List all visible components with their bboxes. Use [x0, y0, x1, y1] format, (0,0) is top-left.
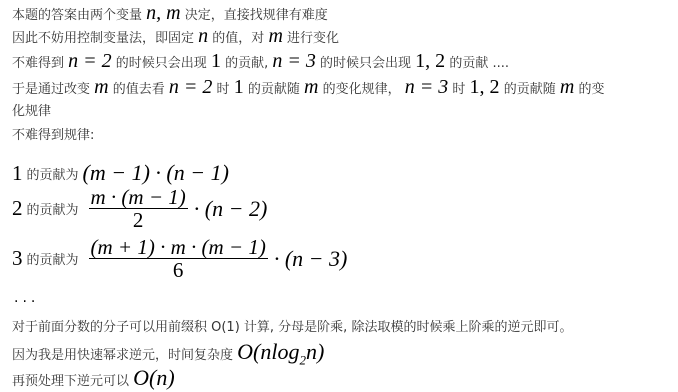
formula-index: 2 — [12, 196, 23, 221]
math-1-2: 1, 2 — [470, 76, 500, 98]
formula-tail: · (n − 3) — [274, 246, 348, 272]
text: 的变化规律， — [323, 82, 401, 97]
formula-contribution-1: 1 的贡献为 (m − 1) · (n − 1) — [12, 160, 229, 186]
math-n-eq-2: n = 2 — [68, 50, 112, 72]
text: 于是通过改变 — [12, 82, 90, 97]
text: 时 — [217, 82, 230, 97]
math-complexity: O(n) — [133, 365, 175, 390]
fraction-denominator: 6 — [171, 259, 186, 281]
math-m: m — [560, 76, 574, 98]
fraction: m · (m − 1) 2 — [89, 186, 188, 231]
math-n: n — [198, 25, 208, 47]
text: 对于前面分数的分子可以用前缀积 O(1) 计算, 分母是阶乘, 除法取模的时候乘… — [12, 320, 572, 335]
paragraph-observation: 不难得到 n = 2 的时候只会出现 1 的贡献, n = 3 的时候只会出现 … — [12, 51, 509, 74]
math-1: 1 — [234, 76, 244, 98]
formula-label: 的贡献为 — [27, 164, 79, 183]
text: 的贡献, — [225, 56, 268, 71]
math-m: m — [268, 25, 282, 47]
fraction-numerator: m · (m − 1) — [89, 186, 188, 208]
formula-index: 1 — [12, 161, 23, 186]
math-n-eq-3: n = 3 — [272, 50, 316, 72]
text: 的贡献随 — [248, 82, 300, 97]
paragraph-intro: 本题的答案由两个变量 n, m 决定，直接找规律有难度 — [12, 3, 328, 26]
text: 的贡献 .... — [449, 56, 509, 71]
math-1-2: 1, 2 — [415, 50, 445, 72]
text: 的时候只会出现 — [116, 56, 207, 71]
math-complexity: O(nlog2n) — [237, 339, 324, 364]
text: 的变 — [578, 82, 604, 97]
fraction-denominator: 2 — [131, 209, 146, 231]
text: 的值去看 — [113, 82, 165, 97]
text: 不难得到 — [12, 56, 64, 71]
fraction: (m + 1) · m · (m − 1) 6 — [89, 236, 268, 281]
math-variables: n, m — [146, 2, 180, 24]
text: 时 — [452, 82, 465, 97]
math-1: 1 — [211, 50, 221, 72]
text: 化规律 — [12, 104, 51, 119]
text: 不难得到规律: — [12, 128, 94, 143]
ellipsis: ··· — [14, 294, 39, 310]
note-numerator-denominator: 对于前面分数的分子可以用前缀积 O(1) 计算, 分母是阶乘, 除法取模的时候乘… — [12, 318, 572, 338]
text: 因此不妨用控制变量法，即固定 — [12, 31, 194, 46]
math-part: n) — [306, 339, 324, 364]
math-m: m — [94, 76, 108, 98]
formula-label: 的贡献为 — [27, 199, 79, 218]
formula-label: 的贡献为 — [27, 249, 79, 268]
math-part: O(nlog — [237, 339, 299, 364]
formula-contribution-3: 3 的贡献为 (m + 1) · m · (m − 1) 6 · (n − 3) — [12, 236, 347, 281]
math-n-eq-2: n = 2 — [169, 76, 213, 98]
formula-expression: (m − 1) · (n − 1) — [83, 160, 229, 186]
text: 进行变化 — [287, 31, 339, 46]
formula-index: 3 — [12, 246, 23, 271]
formula-tail: · (n − 2) — [194, 196, 268, 222]
text: 的时候只会出现 — [320, 56, 411, 71]
fraction-numerator: (m + 1) · m · (m − 1) — [89, 236, 268, 258]
text: 因为我是用快速幂求逆元，时间复杂度 — [12, 348, 233, 363]
text: 的值，对 — [212, 31, 264, 46]
paragraph-rule-intro: 不难得到规律: — [12, 126, 94, 146]
note-preprocess: 再预处理下逆元可以 O(n) — [12, 368, 175, 392]
text: 的贡献随 — [504, 82, 556, 97]
paragraph-control-variable: 因此不妨用控制变量法，即固定 n 的值，对 m 进行变化 — [12, 26, 339, 49]
text: 决定，直接找规律有难度 — [185, 8, 328, 23]
formula-contribution-2: 2 的贡献为 m · (m − 1) 2 · (n − 2) — [12, 186, 267, 231]
paragraph-approach-continued: 化规律 — [12, 102, 51, 122]
math-m: m — [304, 76, 318, 98]
math-n-eq-3: n = 3 — [405, 76, 449, 98]
text: 再预处理下逆元可以 — [12, 374, 129, 389]
text: 本题的答案由两个变量 — [12, 8, 142, 23]
paragraph-approach: 于是通过改变 m 的值去看 n = 2 时 1 的贡献随 m 的变化规律， n … — [12, 77, 604, 100]
